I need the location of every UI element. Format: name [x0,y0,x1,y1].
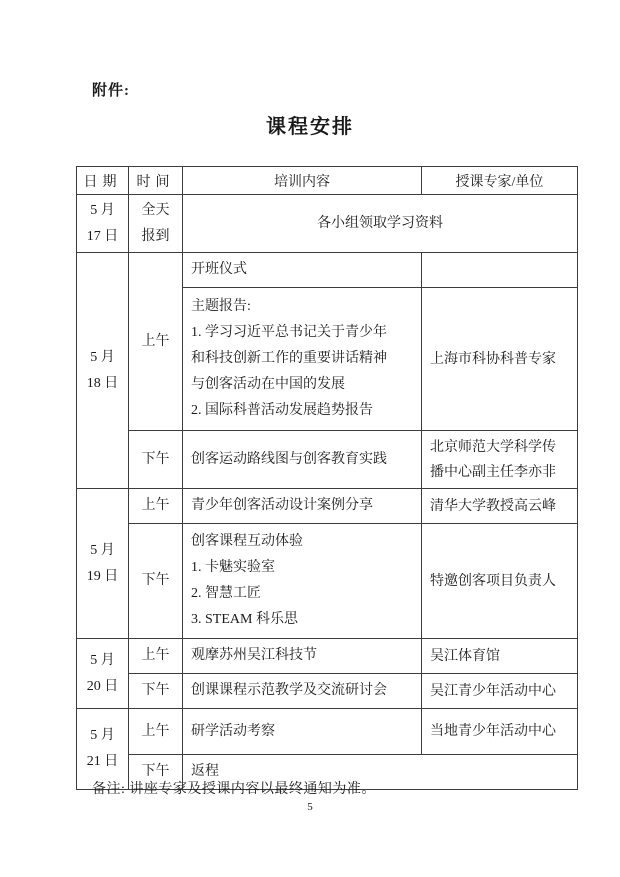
activity-line-3: 2. 智慧工匠 [191,581,413,607]
time-cell-day21-morning: 上午 [129,709,183,755]
report-line-2: 1. 学习习近平总书记关于青少年 [191,320,413,346]
date-line-day: 17 日 [78,224,127,250]
report-line-1: 主题报告: [191,294,413,320]
date-line-month: 5 月 [78,723,127,749]
date-line-month: 5 月 [78,345,127,371]
table-row-day21-morning: 5 月 21 日 上午 研学活动考察 当地青少年活动中心 [77,709,578,755]
date-cell-day17: 5 月 17 日 [77,195,129,253]
table-row-day19-morning: 5 月 19 日 上午 青少年创客活动设计案例分享 清华大学教授高云峰 [77,489,578,524]
report-line-4: 与创客活动在中国的发展 [191,372,413,398]
header-content: 培训内容 [183,167,422,195]
date-cell-day18: 5 月 18 日 [77,253,129,489]
expert-cell-day18-afternoon: 北京师范大学科学传播中心副主任李亦非 [422,431,578,489]
expert-cell-day20-afternoon: 吴江青少年活动中心 [422,674,578,709]
content-cell-day18-afternoon: 创客运动路线图与创客教育实践 [183,431,422,489]
attachment-label: 附件: [92,79,130,100]
time-line-2: 报到 [130,224,181,250]
header-date: 日期 [77,167,129,195]
expert-cell-day19-afternoon: 特邀创客项目负责人 [422,524,578,639]
report-line-3: 和科技创新工作的重要讲话精神 [191,346,413,372]
report-line-5: 2. 国际科普活动发展趋势报告 [191,398,413,424]
table-header-row: 日期 时间 培训内容 授课专家/单位 [77,167,578,195]
content-cell-opening-ceremony: 开班仪式 [183,253,422,288]
content-cell-day20-afternoon: 创课课程示范教学及交流研讨会 [183,674,422,709]
content-cell-day19-morning: 青少年创客活动设计案例分享 [183,489,422,524]
date-line-day: 21 日 [78,749,127,775]
expert-cell-day19-morning: 清华大学教授高云峰 [422,489,578,524]
expert-cell-day20-morning: 吴江体育馆 [422,639,578,674]
time-cell-day18-afternoon: 下午 [129,431,183,489]
activity-line-4: 3. STEAM 科乐思 [191,607,413,633]
date-line-month: 5 月 [78,538,127,564]
table-row-day18-afternoon: 下午 创客运动路线图与创客教育实践 北京师范大学科学传播中心副主任李亦非 [77,431,578,489]
activity-line-2: 1. 卡魅实验室 [191,555,413,581]
time-cell-day19-afternoon: 下午 [129,524,183,639]
content-cell-day19-afternoon: 创客课程互动体验 1. 卡魅实验室 2. 智慧工匠 3. STEAM 科乐思 [183,524,422,639]
table-row-day20-afternoon: 下午 创课课程示范教学及交流研讨会 吴江青少年活动中心 [77,674,578,709]
time-line-1: 全天 [130,198,181,224]
table-row-day17: 5 月 17 日 全天 报到 各小组领取学习资料 [77,195,578,253]
date-line-day: 18 日 [78,371,127,397]
content-cell-day17: 各小组领取学习资料 [183,195,578,253]
time-cell-day20-afternoon: 下午 [129,674,183,709]
table-row-day20-morning: 5 月 20 日 上午 观摩苏州吴江科技节 吴江体育馆 [77,639,578,674]
activity-line-1: 创客课程互动体验 [191,529,413,555]
content-cell-day20-morning: 观摩苏州吴江科技节 [183,639,422,674]
expert-cell-empty [422,253,578,288]
date-line-month: 5 月 [78,648,127,674]
time-cell-day18-morning: 上午 [129,253,183,431]
page-title: 课程安排 [0,110,620,139]
time-cell-day17: 全天 报到 [129,195,183,253]
content-cell-day21-morning: 研学活动考察 [183,709,422,755]
time-cell-day20-morning: 上午 [129,639,183,674]
header-time: 时间 [129,167,183,195]
expert-cell-day18-morning: 上海市科协科普专家 [422,288,578,431]
date-line-day: 19 日 [78,564,127,590]
page-number: 5 [0,801,620,813]
course-schedule-table: 日期 时间 培训内容 授课专家/单位 5 月 17 日 全天 报到 各小组领取学… [76,166,578,790]
expert-cell-day21-morning: 当地青少年活动中心 [422,709,578,755]
table-row-day18-opening: 5 月 18 日 上午 开班仪式 [77,253,578,288]
content-cell-theme-report: 主题报告: 1. 学习习近平总书记关于青少年 和科技创新工作的重要讲话精神 与创… [183,288,422,431]
header-expert: 授课专家/单位 [422,167,578,195]
date-line-month: 5 月 [78,198,127,224]
time-cell-day19-morning: 上午 [129,489,183,524]
date-cell-day19: 5 月 19 日 [77,489,129,639]
table-row-day19-afternoon: 下午 创客课程互动体验 1. 卡魅实验室 2. 智慧工匠 3. STEAM 科乐… [77,524,578,639]
date-line-day: 20 日 [78,674,127,700]
footnote: 备注: 讲座专家及授课内容以最终通知为准。 [92,778,376,798]
date-cell-day20: 5 月 20 日 [77,639,129,709]
